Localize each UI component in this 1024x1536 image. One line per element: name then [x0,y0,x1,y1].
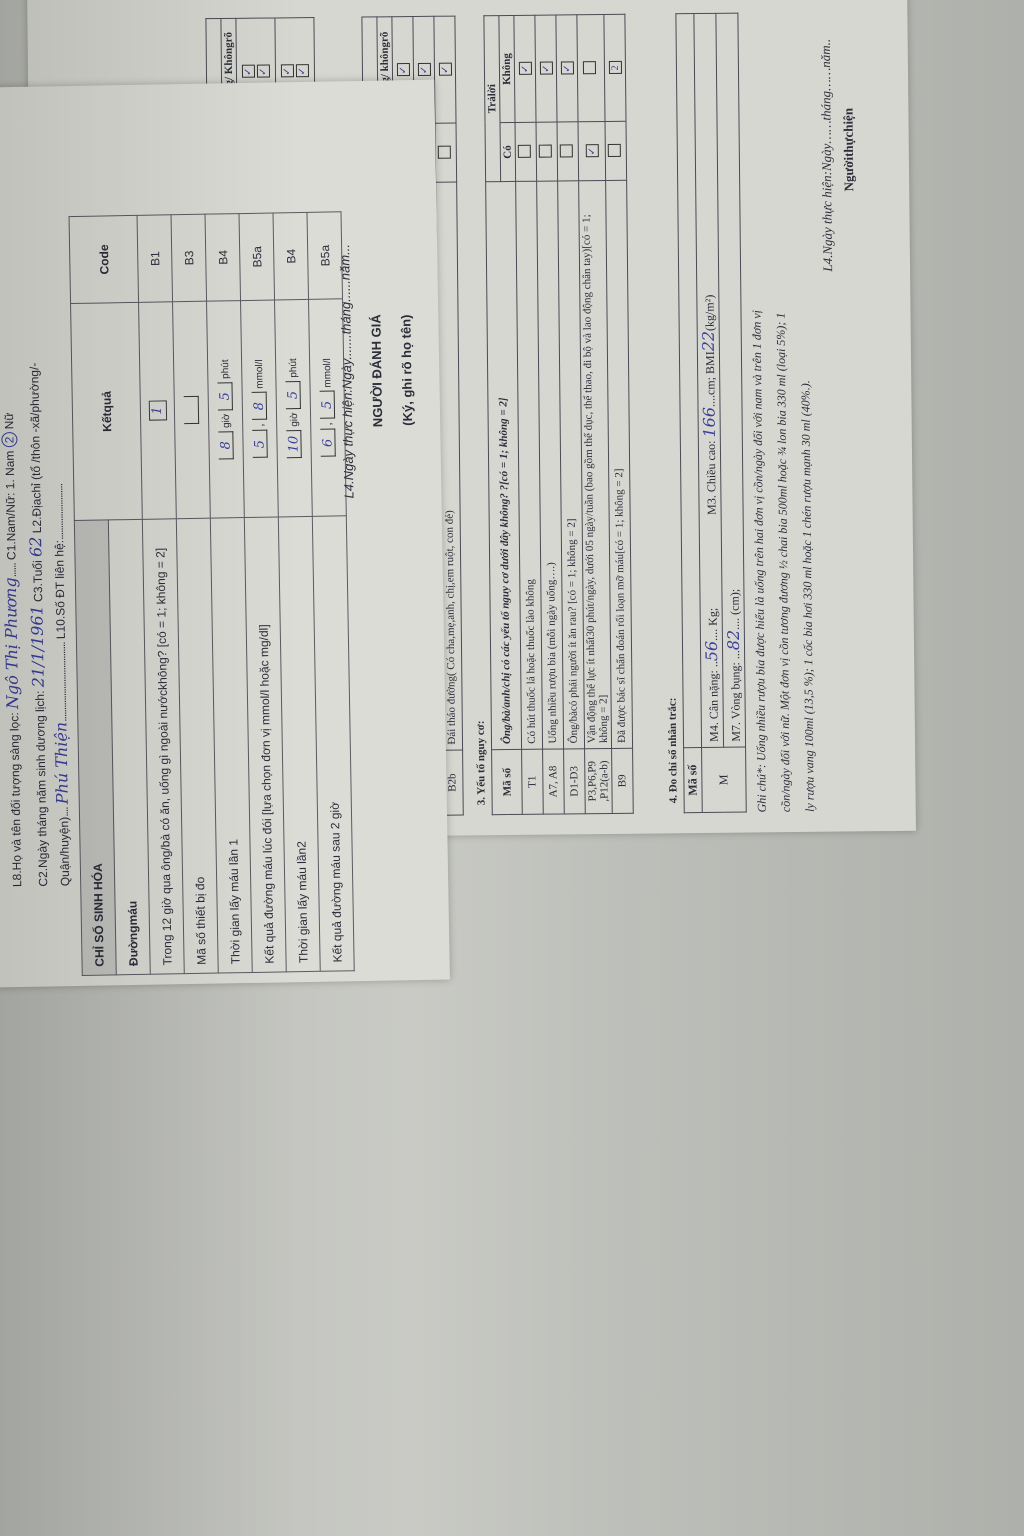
name-row: L8.Họ và tên đối tượng sàng lọc: Ngô Thị… [0,412,25,887]
height-unit: cm; [703,377,717,395]
checkbox-hyperglycemia-no[interactable]: ✓ [296,65,309,78]
weight-label: M4. Cân nặng: [706,670,721,742]
checkbox-d1-no[interactable]: ✓ [560,62,573,75]
gender-selected-circle[interactable]: 2 [1,432,17,447]
fasting-glucose-integer[interactable]: 5 [252,430,267,458]
sample1-hour[interactable]: 8 [218,431,233,459]
name-label: L8.Họ và tên đối tượng sàng lọc: [7,712,24,887]
header-code: Mã số [684,748,703,813]
checkbox-a7-yes[interactable] [539,145,552,158]
glucose-unit: mmol/l [322,358,334,388]
row-code: P3,P6,P9 ,P12(a-b) [585,748,613,813]
risk-factors-table: Mã số Ông/bà/anh/chị có các yếu tố nguy … [483,14,633,815]
glucose-unit: mmol/l [254,359,266,389]
header-code: Code [69,215,139,303]
checkbox-h3a-no[interactable]: ✓ [257,65,270,78]
minute-unit: phút [220,359,231,379]
district-value[interactable]: Phú Thiện [51,722,71,805]
district-row: Quận/huyện).... Phú Thiện...............… [47,484,73,887]
age-value[interactable]: 62 [26,536,45,557]
minute-unit: phút [288,358,299,378]
row-code: D1-D3 [564,749,586,814]
header-answer: Trảlời [484,16,501,182]
row-code: B1 [137,215,173,303]
footnote: Ghi chú*: Uống nhiều rượu bia được hiểu … [741,0,822,813]
name-value[interactable]: Ngô Thị Phương [1,577,22,709]
weight-value[interactable]: 56 [702,641,721,662]
checkbox-b1-no[interactable]: ✓ [396,64,409,77]
fasting-answer-box[interactable]: 1 [148,400,166,420]
phone-label: L10.Số ĐT liên hệ: [52,540,68,639]
header-no: Không [499,15,515,122]
signature-note: (Ký, ghi rõ họ tên) [396,190,417,550]
section-risk-factors-title: 3. Yếu tố nguy cơ: [475,720,488,805]
bmi-value[interactable]: 22 [699,331,718,352]
2h-glucose-decimal[interactable]: 5 [320,391,335,419]
checkbox-p3-no[interactable] [583,62,596,75]
bmi-label: BMI [703,351,717,374]
header-yes: Có [500,122,516,181]
row-code: A7, A8 [543,749,565,814]
row-code: B5a [239,213,275,301]
waist-value[interactable]: 82 [724,630,743,651]
waist-label: M7. Vòng bụng: [728,662,743,742]
sample2-hour[interactable]: 10 [286,430,301,458]
age-label: C3.Tuổi [31,560,46,602]
hour-unit: giờ [289,412,300,427]
row-label-2h-glucose: Kết quả đường máu sau 2 giờ [312,516,354,972]
height-label: M3. Chiều cao: [704,440,719,514]
row-code: M [702,747,747,812]
section-anthropometric-title: 4. Đo chỉ số nhân trắc: [667,698,680,804]
gender-female-label: Nữ [2,412,16,429]
checkbox-b9-yes[interactable] [608,144,621,157]
row-code: B4 [273,212,309,300]
performer-label: Ngườithựchiện [840,108,857,192]
bmi-unit: (kg/m²) [702,295,716,331]
district-label: Quận/huyện) [57,817,72,887]
waist-unit: (cm); [727,589,741,615]
checkbox-t1-yes[interactable] [518,145,531,158]
dob-row: C2.Ngày tháng năm sinh dương lịch: 21/1/… [23,363,51,887]
anthropometric-table: Mã số M M4. Cân nặng: ..56.... Kg; M3. C… [675,13,746,814]
checkbox-b2b-yes[interactable] [438,146,451,159]
sample1-minute[interactable]: 5 [218,382,233,410]
checkbox-h7a-no[interactable]: ✓ [281,65,294,78]
2h-glucose-integer[interactable]: 6 [320,429,335,457]
row-code: B4 [205,214,241,302]
checkbox-p3-yes[interactable]: ✓ [585,145,598,158]
biochemistry-table: CHỈ SỐ SINH HÓA Kếtquả Code Đườngmáu Tro… [69,211,355,976]
checkbox-t1-no[interactable]: ✓ [518,62,531,75]
checkbox-a7-no[interactable]: ✓ [539,62,552,75]
gender-label: C1.Nam/Nữ: 1. Nam [3,451,19,561]
row-code: B3 [171,214,207,302]
row-code: T1 [522,749,544,814]
header-result: Kếtquả [71,302,143,520]
sample2-minute[interactable]: 5 [286,381,301,409]
checkbox-d1-yes[interactable] [560,145,573,158]
height-value[interactable]: 166 [700,407,719,438]
checkbox-b9-no[interactable]: 2 [608,61,621,74]
checkbox-h2a-no[interactable]: ✓ [242,65,255,78]
checkbox-b2b-no[interactable]: ✓ [438,63,451,76]
header-code: Mã số [492,749,523,814]
date-performed: L4.Ngày thực hiện:Ngày……tháng……năm.. [818,39,836,272]
device-id-field[interactable] [184,396,199,424]
hour-unit: giờ [221,413,232,428]
blood-glucose-result-sheet: KẾT QUẢ XÉT NGHIỆM ĐƯỜNG HUYẾT CỦA ĐỐI T… [0,80,450,990]
address-label: L2.Địachỉ (tổ /thôn -xã/phường/- [27,363,44,534]
fasting-glucose-decimal[interactable]: 8 [252,392,267,420]
row-code: B9 [612,748,634,813]
dob-value[interactable]: 21/1/1961 [27,605,47,687]
weight-unit: Kg; [706,608,720,626]
checkbox-b2a-no[interactable]: ✓ [417,63,430,76]
evaluator-label: NGƯỜI ĐÁNH GIÁ [366,191,387,551]
dob-label: C2.Ngày tháng năm sinh dương lịch: [33,691,50,887]
